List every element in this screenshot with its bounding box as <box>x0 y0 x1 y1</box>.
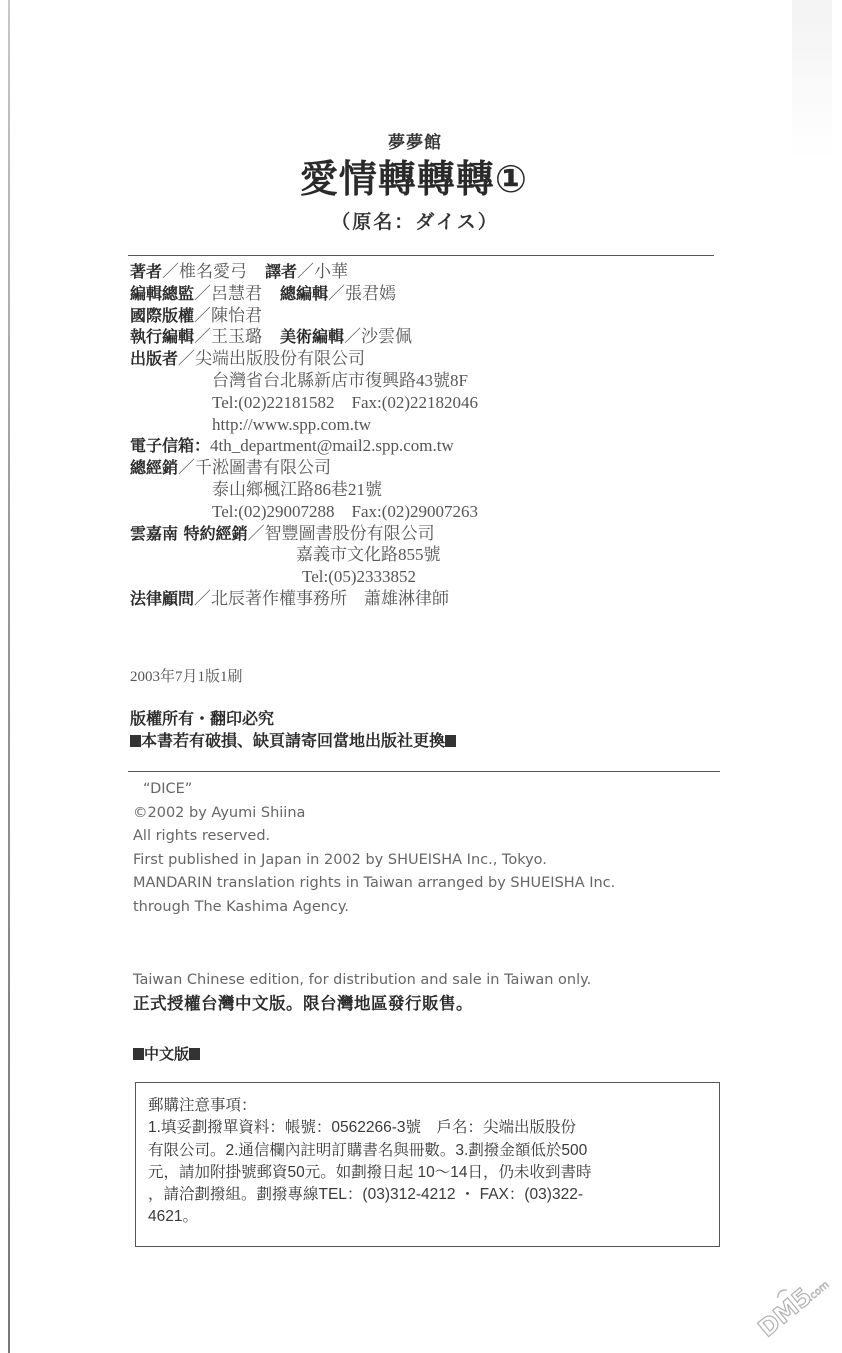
credit-row-editors: 編輯總監／呂慧君總編輯／張君嫣 <box>130 283 478 305</box>
credit-row-intl-rights: 國際版權／陳怡君 <box>130 305 478 327</box>
author-value: 椎名愛弓 <box>179 262 247 281</box>
edition-chinese: 正式授權台灣中文版。限台灣地區發行販售。 <box>133 992 591 1016</box>
publisher-label: 出版者 <box>130 349 178 368</box>
chief-supervisor-value: 呂慧君 <box>211 284 262 303</box>
chief-supervisor-label: 編輯總監 <box>130 284 194 303</box>
credit-row-south-distributor: 雲嘉南 特約經銷／智豐圖書股份有限公司 <box>130 523 478 545</box>
rights-reserved: 版權所有・翻印必究 <box>130 708 456 730</box>
exec-editor-value: 王玉璐 <box>211 327 262 346</box>
publisher-value: 尖端出版股份有限公司 <box>195 349 365 368</box>
watermark-icon: DM5 .com <box>745 1262 840 1347</box>
credit-row-legal: 法律顧問／北辰著作權事務所 蕭雄淋律師 <box>130 588 478 610</box>
top-divider <box>128 255 714 256</box>
translator-label: 譯者 <box>265 262 297 281</box>
distributor-phone: Tel:(02)29007288 Fax:(02)29007263 <box>130 501 478 523</box>
first-published-line: First published in Japan in 2002 by SHUE… <box>133 849 615 873</box>
black-square-icon <box>445 735 456 747</box>
english-copyright-block: “DICE” ©2002 by Ayumi Shiina All rights … <box>133 778 615 919</box>
mail-order-notice-box: 郵購注意事項： 1.填妥劃撥單資料：帳號：0562266-3號 戶名：尖端出版股… <box>135 1082 720 1247</box>
mail-order-line: 1.填妥劃撥單資料：帳號：0562266-3號 戶名：尖端出版股份 <box>148 1117 707 1139</box>
edition-notice: Taiwan Chinese edition, for distribution… <box>133 968 591 1016</box>
agency-line: through The Kashima Agency. <box>133 896 615 920</box>
legal-value: 北辰著作權事務所 蕭雄淋律師 <box>211 589 449 608</box>
translation-rights-line: MANDARIN translation rights in Taiwan ar… <box>133 872 615 896</box>
author-label: 著者 <box>130 262 162 281</box>
credit-row-distributor: 總經銷／千淞圖書有限公司 <box>130 457 478 479</box>
credit-row-email: 電子信箱：4th_department@mail2.spp.com.tw <box>130 435 478 457</box>
original-english-title: “DICE” <box>133 778 615 802</box>
credit-row-publisher: 出版者／尖端出版股份有限公司 <box>130 348 478 370</box>
mail-order-line: 4621。 <box>148 1206 707 1228</box>
rights-notice: 版權所有・翻印必究 本書若有破損、缺頁請寄回當地出版社更換 <box>130 708 456 752</box>
mail-order-heading: 郵購注意事項： <box>148 1095 707 1117</box>
translator-value: 小華 <box>314 262 348 281</box>
south-distributor-value: 智豐圖書股份有限公司 <box>265 524 435 543</box>
exec-editor-label: 執行編輯 <box>130 327 194 346</box>
mail-order-line: 元，請加附掛號郵資50元。如劃撥日起 10～14日，仍未收到書時 <box>148 1162 707 1184</box>
distributor-value: 千淞圖書有限公司 <box>195 458 331 477</box>
art-editor-label: 美術編輯 <box>280 327 344 346</box>
mail-order-line: ，請洽劃撥組。劃撥專線TEL：(03)312-4212 ・ FAX：(03)32… <box>148 1184 707 1206</box>
book-title: 愛情轉轉轉① <box>0 157 842 201</box>
title-block: 夢夢館 愛情轉轉轉① （原名：ダイス） <box>0 128 842 234</box>
email-value: 4th_department@mail2.spp.com.tw <box>210 436 454 455</box>
editor-in-chief-label: 總編輯 <box>280 284 328 303</box>
edition-english: Taiwan Chinese edition, for distribution… <box>133 968 591 992</box>
publisher-url: http://www.spp.com.tw <box>130 414 478 436</box>
middle-divider <box>128 771 720 772</box>
svg-text:DM5: DM5 <box>753 1282 817 1342</box>
south-distributor-address: 嘉義市文化路855號 <box>130 544 478 566</box>
imprint-label: 夢夢館 <box>0 128 842 153</box>
editor-in-chief-value: 張君嫣 <box>345 284 396 303</box>
black-square-icon <box>189 1048 200 1060</box>
svg-text:.com: .com <box>806 1279 832 1303</box>
dm5-watermark-logo: DM5 .com <box>745 1262 840 1347</box>
intl-rights-value: 陳怡君 <box>211 306 262 325</box>
damage-replacement-notice: 本書若有破損、缺頁請寄回當地出版社更換 <box>130 730 456 752</box>
original-title: （原名：ダイス） <box>0 207 842 234</box>
black-square-icon <box>130 735 141 747</box>
publisher-address: 台灣省台北縣新店市復興路43號8F <box>130 370 478 392</box>
email-label: 電子信箱 <box>130 436 194 455</box>
credits-block: 著者／椎名愛弓譯者／小華 編輯總監／呂慧君總編輯／張君嫣 國際版權／陳怡君 執行… <box>130 261 478 610</box>
printing-date: 2003年7月1版1刷 <box>130 665 243 686</box>
mail-order-line: 有限公司。2.通信欄內註明訂購書名與冊數。3.劃撥金額低於500 <box>148 1140 707 1162</box>
all-rights-line: All rights reserved. <box>133 825 615 849</box>
distributor-label: 總經銷 <box>130 458 178 477</box>
legal-label: 法律顧問 <box>130 589 194 608</box>
south-distributor-label: 雲嘉南 特約經銷 <box>130 524 248 543</box>
distributor-address: 泰山鄉楓江路86巷21號 <box>130 479 478 501</box>
art-editor-value: 沙雲佩 <box>361 327 412 346</box>
credit-row-exec-art: 執行編輯／王玉璐美術編輯／沙雲佩 <box>130 326 478 348</box>
south-distributor-phone: Tel:(05)2333852 <box>130 566 478 588</box>
credit-row-author: 著者／椎名愛弓譯者／小華 <box>130 261 478 283</box>
chinese-edition-label: 中文版 <box>133 1043 200 1064</box>
intl-rights-label: 國際版權 <box>130 306 194 325</box>
publisher-phone: Tel:(02)22181582 Fax:(02)22182046 <box>130 392 478 414</box>
copyright-line: ©2002 by Ayumi Shiina <box>133 802 615 826</box>
black-square-icon <box>133 1048 144 1060</box>
